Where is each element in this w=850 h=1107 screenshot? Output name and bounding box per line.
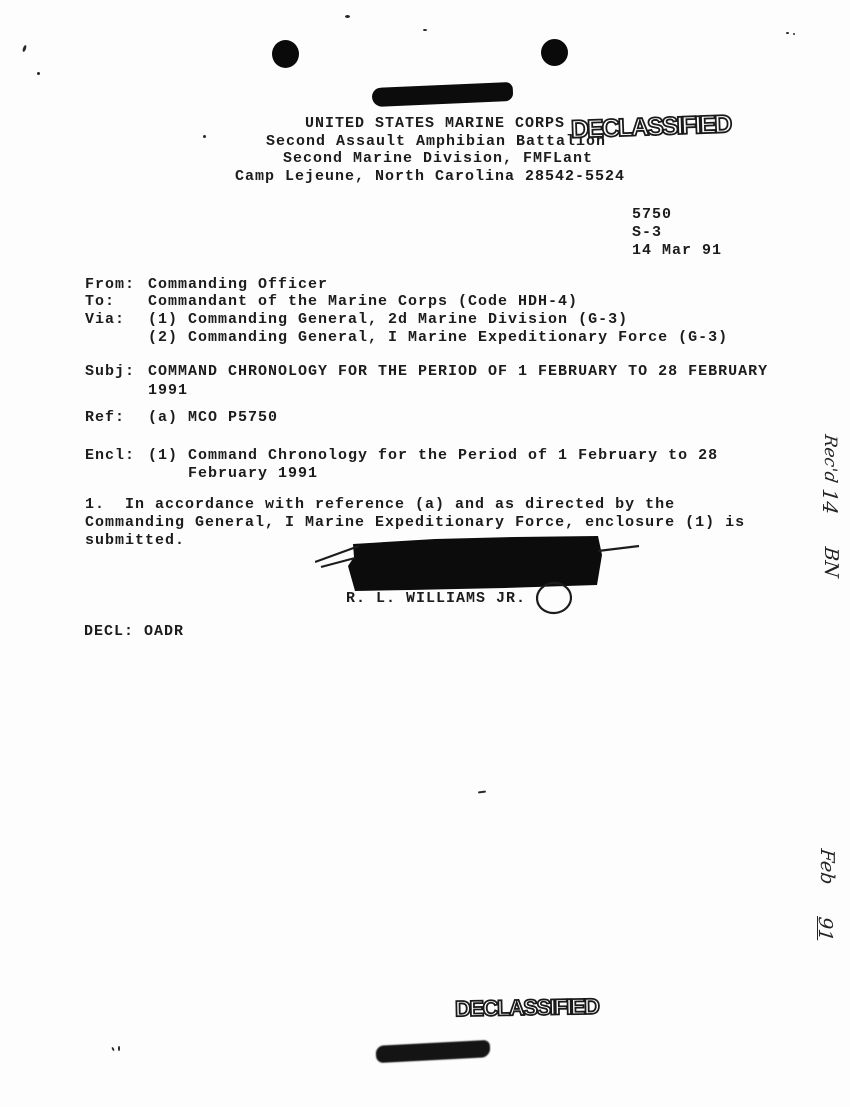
from-value: Commanding Officer (148, 276, 328, 293)
scan-speck (345, 15, 350, 18)
margin-note-14: 14 (818, 487, 842, 515)
letterhead-line-4: Camp Lejeune, North Carolina 28542-5524 (235, 168, 625, 185)
body-paragraph-line-3: submitted. (85, 532, 185, 549)
decl-line: DECL: OADR (84, 623, 184, 640)
redaction-bar-top (372, 82, 514, 107)
scan-speck (793, 33, 795, 35)
to-label: To: (85, 293, 115, 310)
to-value: Commandant of the Marine Corps (Code HDH… (148, 293, 578, 310)
subject-label: Subj: (85, 363, 135, 380)
body-paragraph-line-1: 1. In accordance with reference (a) and … (85, 496, 675, 513)
scan-speck (478, 790, 486, 793)
scan-speck (203, 135, 206, 138)
scanned-memo-page: DECLASSIFIED UNITED STATES MARINE CORPS … (0, 0, 850, 1107)
margin-note-bn: BN (820, 546, 842, 579)
margin-note-recd: Rec'd (820, 433, 840, 484)
via-value-2: (2) Commanding General, I Marine Expedit… (148, 329, 728, 346)
enclosure-line-2: February 1991 (188, 465, 318, 482)
via-value-1: (1) Commanding General, 2d Marine Divisi… (148, 311, 628, 328)
redaction-smudge-bottom (376, 1040, 491, 1063)
office-code: S-3 (632, 224, 662, 241)
signature-redaction-block (315, 533, 650, 628)
declassified-stamp-bottom: DECLASSIFIED (455, 994, 599, 1022)
hole-punch-right (541, 39, 568, 66)
body-paragraph-line-2: Commanding General, I Marine Expeditiona… (85, 514, 745, 531)
reference-value: (a) MCO P5750 (148, 409, 278, 426)
signature-name: R. L. WILLIAMS JR. (346, 590, 526, 607)
scan-speck (423, 29, 427, 31)
hole-punch-left (272, 40, 299, 68)
enclosure-label: Encl: (85, 447, 135, 464)
scan-speck (118, 1046, 120, 1051)
pen-mark-right (598, 546, 639, 551)
enclosure-line-1: (1) Command Chronology for the Period of… (148, 447, 718, 464)
subject-line-2: 1991 (148, 382, 188, 399)
ssic-number: 5750 (632, 206, 672, 223)
scan-speck (22, 45, 27, 53)
subject-line-1: COMMAND CHRONOLOGY FOR THE PERIOD OF 1 F… (148, 363, 768, 380)
reference-label: Ref: (85, 409, 125, 426)
from-label: From: (85, 276, 135, 293)
scan-speck (786, 32, 789, 34)
redaction-bar-signature (348, 536, 602, 591)
via-label: Via: (85, 311, 125, 328)
margin-note-91: 91 (814, 916, 836, 942)
letterhead-line-2: Second Assault Amphibian Battalion (266, 133, 606, 150)
date-line: 14 Mar 91 (632, 242, 722, 259)
letterhead-line-3: Second Marine Division, FMFLant (283, 150, 593, 167)
letterhead-line-1: UNITED STATES MARINE CORPS (305, 115, 565, 132)
scan-speck (111, 1047, 115, 1051)
scan-speck (37, 72, 40, 75)
margin-note-feb: Feb (816, 848, 838, 886)
